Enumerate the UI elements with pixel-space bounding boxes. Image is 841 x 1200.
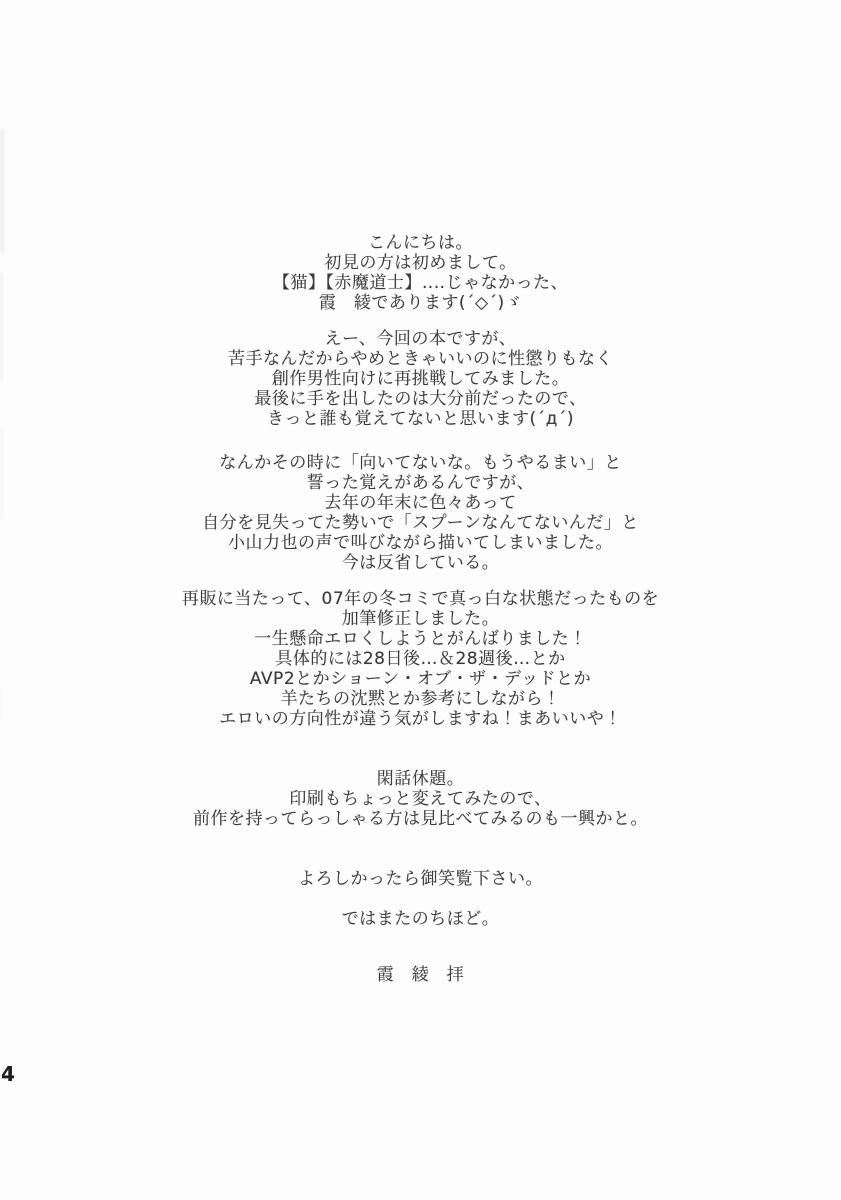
text-line: 去年の年末に色々あって bbox=[324, 493, 516, 513]
text-line: 加筆修正しました。 bbox=[342, 609, 500, 629]
paragraph: 閑話休題。印刷もちょっと変えてみたので、前作を持ってらっしゃる方は見比べてみるの… bbox=[0, 769, 841, 829]
text-line: 具体的には28日後…＆28週後…とか bbox=[275, 649, 565, 669]
text-line: 一生懸命エロくしようとがんばりました！ bbox=[254, 629, 587, 649]
paragraph: こんにちは。初見の方は初めまして。【猫】【赤魔道士】‥‥じゃなかった、霞 綾であ… bbox=[0, 233, 841, 313]
paragraph: なんかその時に「向いてないな。もうやるまい」と誓った覚えがあるんですが、去年の年… bbox=[0, 453, 841, 573]
text-line: 羊たちの沈黙とか参考にしながら！ bbox=[281, 689, 561, 709]
afterword-text: こんにちは。初見の方は初めまして。【猫】【赤魔道士】‥‥じゃなかった、霞 綾であ… bbox=[0, 233, 841, 985]
text-line: AVP2とかショーン・オブ・ザ・デッドとか bbox=[250, 669, 591, 689]
paragraph: 霞 綾 拝 bbox=[0, 965, 841, 985]
text-line: エロいの方向性が違う気がしますね！まあいいや！ bbox=[219, 709, 622, 729]
text-line: 閑話休題。 bbox=[377, 769, 465, 789]
text-line: 誓った覚えがあるんですが、 bbox=[307, 473, 535, 493]
text-line: よろしかったら御笑覧下さい。 bbox=[298, 869, 543, 889]
text-line: 最後に手を出したのは大分前だったので、 bbox=[254, 389, 586, 409]
text-line: 印刷もちょっと変えてみたので、 bbox=[289, 789, 551, 809]
text-line: ではまたのちほど。 bbox=[342, 909, 500, 929]
text-line: 小山力也の声で叫びながら描いてしまいました。 bbox=[228, 533, 613, 553]
text-line: 前作を持ってらっしゃる方は見比べてみるのも一興かと。 bbox=[193, 809, 648, 829]
text-line: 初見の方は初めまして。 bbox=[324, 253, 516, 273]
text-line: 霞 綾であります(´◇´)ゞ bbox=[319, 293, 522, 313]
text-line: きっと誰も覚えてないと思います(´д´) bbox=[267, 409, 574, 429]
text-line: 今は反省している。 bbox=[342, 553, 500, 573]
text-line: 自分を見失ってた勢いで「スプーンなんてないんだ」と bbox=[202, 513, 639, 533]
text-line: 霞 綾 拝 bbox=[377, 965, 465, 985]
scanned-page: こんにちは。初見の方は初めまして。【猫】【赤魔道士】‥‥じゃなかった、霞 綾であ… bbox=[0, 0, 841, 1200]
text-line: 再販に当たって、07年の冬コミで真っ白な状態だったものを bbox=[182, 589, 659, 609]
text-line: こんにちは。 bbox=[368, 233, 473, 253]
paragraph: 再販に当たって、07年の冬コミで真っ白な状態だったものを加筆修正しました。一生懸… bbox=[0, 589, 841, 729]
page-number: 4 bbox=[1, 1062, 15, 1086]
paragraph: ではまたのちほど。 bbox=[0, 909, 841, 929]
text-line: 苦手なんだからやめときゃいいのに性懲りもなく bbox=[228, 349, 613, 369]
text-line: えー、今回の本ですが、 bbox=[325, 329, 517, 349]
paragraph: よろしかったら御笑覧下さい。 bbox=[0, 869, 841, 889]
text-line: なんかその時に「向いてないな。もうやるまい」と bbox=[219, 453, 622, 473]
paragraph: えー、今回の本ですが、苦手なんだからやめときゃいいのに性懲りもなく創作男性向けに… bbox=[0, 329, 841, 429]
text-line: 【猫】【赤魔道士】‥‥じゃなかった、 bbox=[273, 273, 568, 293]
text-line: 創作男性向けに再挑戦してみました。 bbox=[272, 369, 570, 389]
